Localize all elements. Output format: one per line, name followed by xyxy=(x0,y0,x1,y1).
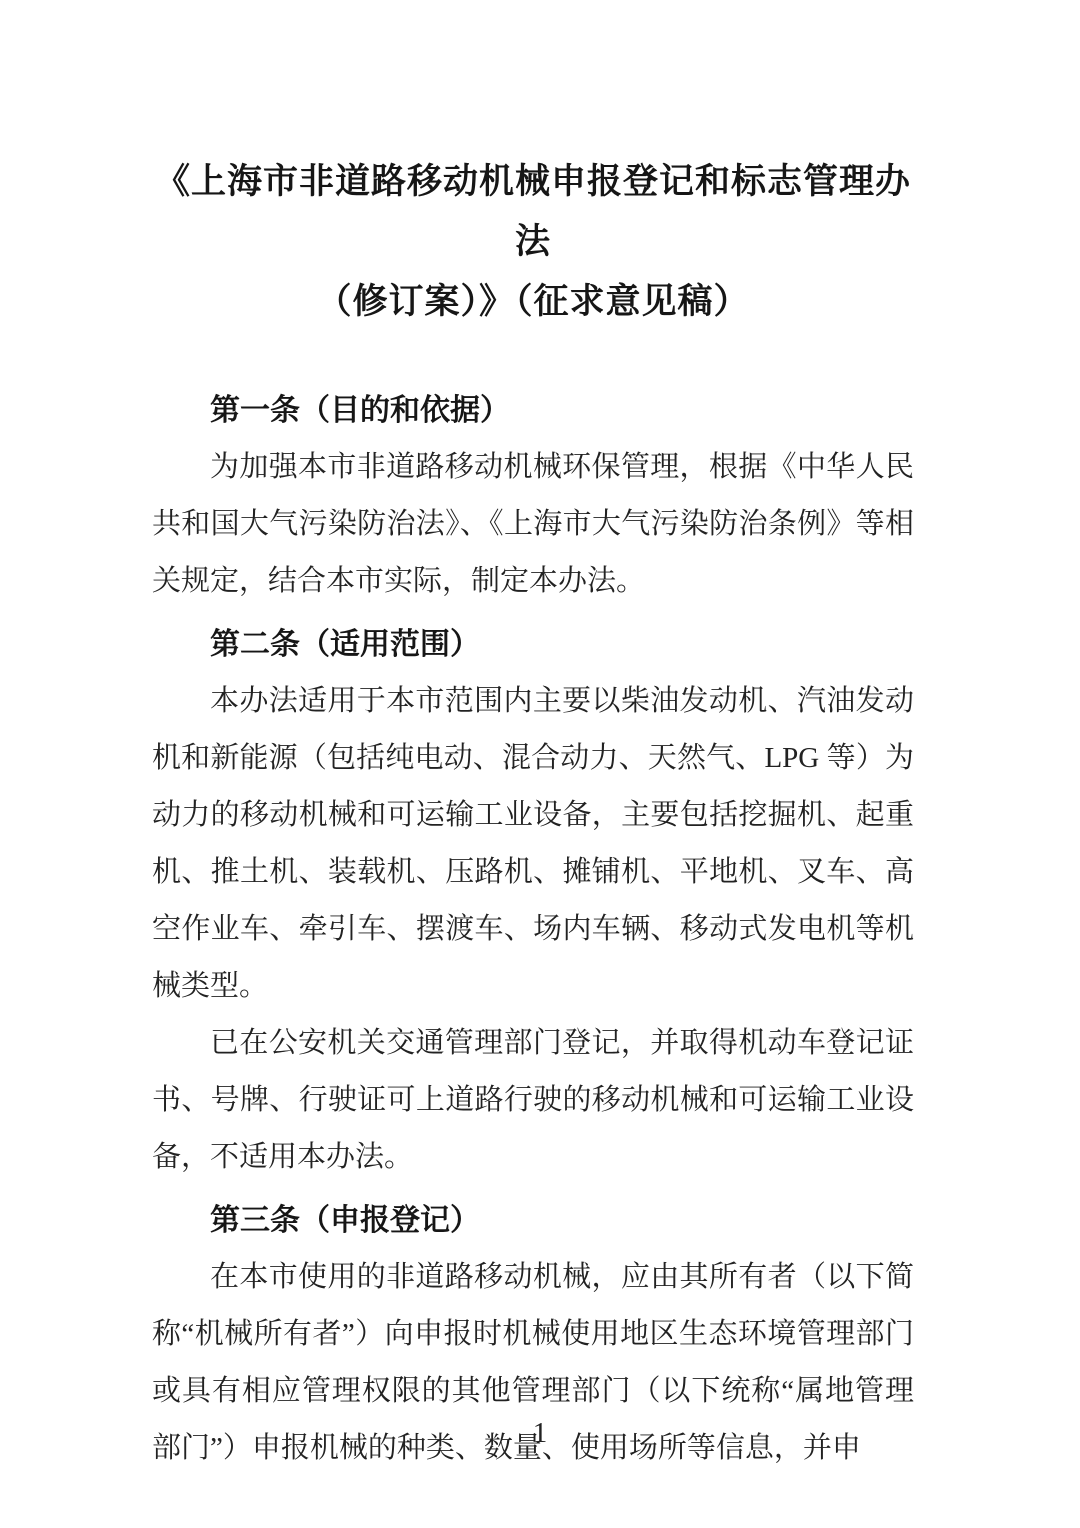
paragraph: 本办法适用于本市范围内主要以柴油发动机、汽油发动机和新能源（包括纯电动、混合动力… xyxy=(152,673,914,1015)
document-page: 《上海市非道路移动机械申报登记和标志管理办法 （修订案）》（征求意见稿） 第一条… xyxy=(0,0,1080,1528)
document-title-line-2: （修订案）》（征求意见稿） xyxy=(152,272,914,332)
section-heading: 第三条（申报登记） xyxy=(152,1192,914,1249)
document-title-line-1: 《上海市非道路移动机械申报登记和标志管理办法 xyxy=(152,152,914,272)
document-body: 第一条（目的和依据）为加强本市非道路移动机械环保管理，根据《中华人民共和国大气污… xyxy=(152,382,914,1477)
paragraph: 为加强本市非道路移动机械环保管理，根据《中华人民共和国大气污染防治法》、《上海市… xyxy=(152,439,914,610)
paragraph: 已在公安机关交通管理部门登记，并取得机动车登记证书、号牌、行驶证可上道路行驶的移… xyxy=(152,1015,914,1186)
section-heading: 第一条（目的和依据） xyxy=(152,382,914,439)
page-number: 1 xyxy=(0,1417,1080,1450)
document-title: 《上海市非道路移动机械申报登记和标志管理办法 （修订案）》（征求意见稿） xyxy=(152,152,914,332)
section-heading: 第二条（适用范围） xyxy=(152,616,914,673)
